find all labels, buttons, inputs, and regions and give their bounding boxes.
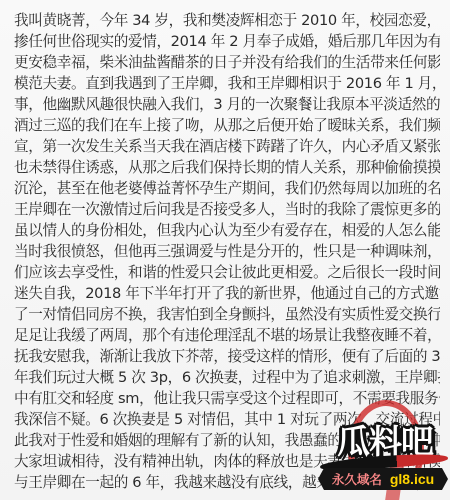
text-line: 更安稳幸福，柴米油盐酱醋茶的日子并没有给我们的生活带来任何影响，也算是人人艳羡的	[14, 52, 440, 73]
text-line: 事，他幽默风趣很快融入我们，3 月的一次聚餐让我原本平淡适然的生活发生了巨大的变…	[14, 94, 440, 115]
text-line: 也未禁得住诱惑，从那之后我们保持长期的情人关系，那种偷偷摸摸寻找刺激的感觉，让人	[14, 157, 440, 178]
watermark-domain-url: gl8.icu	[390, 471, 434, 487]
watermark-logo-text: 瓜料吧	[326, 420, 444, 458]
text-line: 了一对情侣同房不换，我害怕到全身颤抖，虽然没有实质性爱交换行为，但对我心理的冲击	[14, 304, 440, 325]
text-line: 年我们玩过大概 5 次 3p，6 次换妻，过程中为了追求刺激，王岸卿拍摄了视频，…	[14, 367, 440, 388]
text-line: 迷失自我，2018 年下半年打开了我的新世界，他通过自己的方式邀请别人共享我，第…	[14, 283, 440, 304]
text-line: 抚我安慰我，渐渐让我放下芥蒂，接受这样的情形，便有了后面的 3p，换妻。2019…	[14, 346, 440, 367]
text-line: 沉沦，甚至在他老婆傅益菁怀孕生产期间，我们仍然每周以加班的名义苟且开房。2018…	[14, 178, 440, 199]
text-line: 虽以情人的身份相处，但我内心认为至少有爱存在，相爱的人怎么能与他人共享自己的爱人…	[14, 220, 440, 241]
text-line: 当时我很愤怒，但他再三强调爱与性是分开的，性只是一种调味剂，在不影响爱的前提下我	[14, 241, 440, 262]
watermark-domain-label: 永久域名	[332, 470, 382, 488]
text-line: 王岸卿在一次激情过后问我是否接受多人，当时的我除了震惊更多的是愤怒，在一起 2 …	[14, 199, 440, 220]
text-line: 我叫黄晓菁，今年 34 岁，我和樊凌辉相恋于 2010 年，校园恋爱，当初追求的…	[14, 10, 440, 31]
text-line: 足足让我缓了两周，那个有违伦理淫乱不堪的场景让我整夜睡不着，心悸害怕。这期间他安	[14, 325, 440, 346]
text-line: 酒过三巡的我们在车上接了吻，从那之后便开始了暧昧关系，我们频繁的聊天，彼此心照不	[14, 115, 440, 136]
text-line: 们应该去享受性，和谐的性爱只会让彼此更相爱。之后很长一段时间，我在他的理念中渐渐	[14, 262, 440, 283]
text-line: 模范夫妻。直到我遇到了王岸卿，我和王岸卿相识于 2016 年 1 月，由于调岗，…	[14, 73, 440, 94]
text-line: 宣，第一次发生关系当天我在酒店楼下踌躇了许久，内心矛盾又紧张，我害怕踏出这一步却	[14, 136, 440, 157]
text-line: 掺任何世俗现实的爱情，2014 年 2 月奉子成婚，婚后那几年因为有了孩子反倒过…	[14, 31, 440, 52]
watermark-domain-bar: 永久域名 gl8.icu	[318, 468, 448, 490]
watermark-logo: 瓜料吧 永久域名 gl8.icu	[318, 398, 450, 500]
